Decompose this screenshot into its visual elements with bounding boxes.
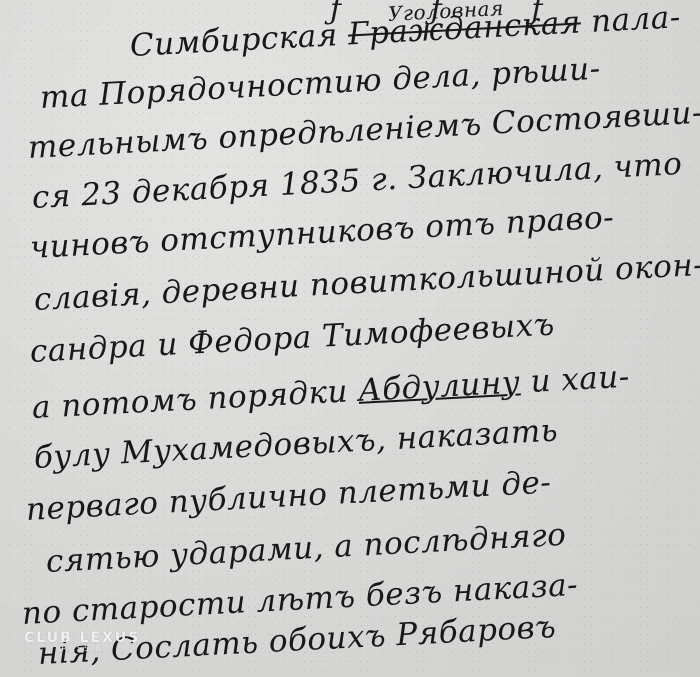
- manuscript-line-10: перваго публично плетьми де-: [25, 464, 552, 527]
- manuscript-page: ƒ ƒ ƒ Уголовная Симбирская Гражданская п…: [0, 0, 700, 677]
- manuscript-line-9: булу Мухамедовыхъ, наказать: [33, 413, 559, 476]
- line-text: а потомъ порядки: [31, 373, 359, 426]
- manuscript-line-7: сандра и Федора Тимофеевыхъ: [29, 307, 556, 370]
- watermark: CLUB LEXUS RUSSIA: [24, 630, 140, 653]
- underlined-word: Абдулину: [357, 364, 521, 408]
- line-text: Симбирская: [129, 17, 349, 64]
- line-text: и хаи-: [519, 359, 630, 401]
- line-text: пала-: [580, 0, 682, 40]
